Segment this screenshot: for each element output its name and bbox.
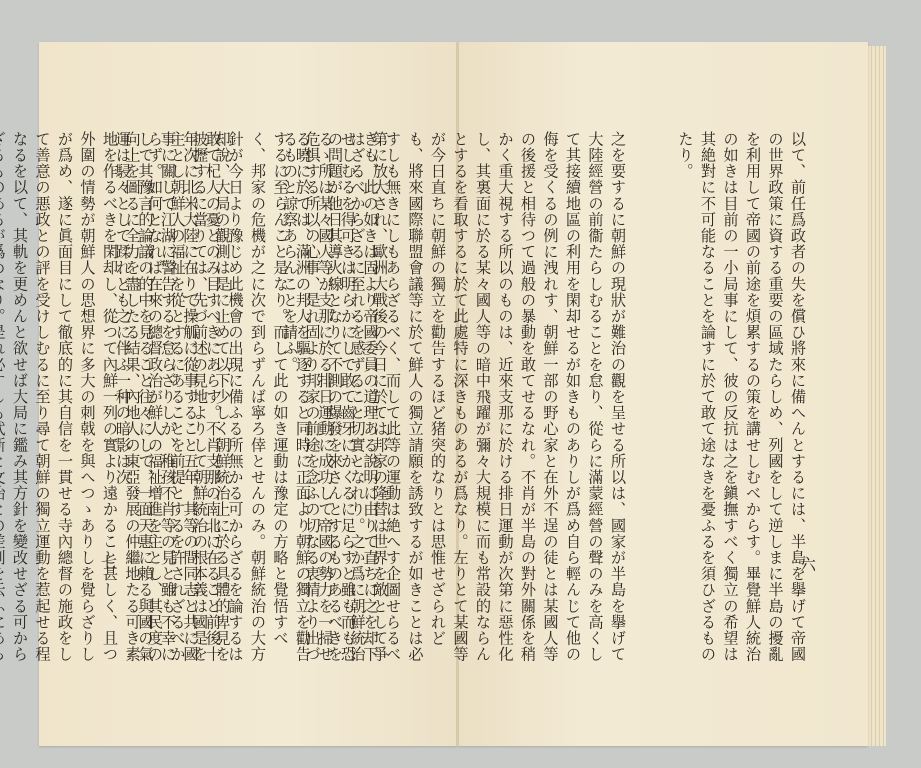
- paragraph: 以て、前任爲政者の失を償ひ將來に備へんとするには、半島を擧げて帝國の世界政策に資…: [674, 131, 809, 671]
- book-spread: 以て、前任爲政者の失を償ひ將來に備へんとするには、半島を擧げて帝國の世界政策に資…: [0, 0, 921, 768]
- paragraph: 却說、大局の觀測は是に止めて以下少しく朝鮮統治上に於る具體的卑見を披攊するに當り…: [0, 131, 234, 671]
- paragraph: 第に放大され、歐洲大戰後の今日に於ては邦家の隆替は世界を敵として爭はざるべからざ…: [279, 131, 392, 671]
- page-number-left: 七: [101, 550, 117, 573]
- right-page-text: 以て、前任爲政者の失を償ひ將來に備へんとするには、半島を擧げて帝國の世界政策に資…: [470, 131, 854, 671]
- left-page-text: 第に放大され、歐洲大戰後の今日に於ては邦家の隆替は世界を敵として爭はざるべからざ…: [64, 131, 436, 671]
- page-stack-edge: [868, 46, 886, 746]
- page-number-right: 六: [800, 552, 816, 575]
